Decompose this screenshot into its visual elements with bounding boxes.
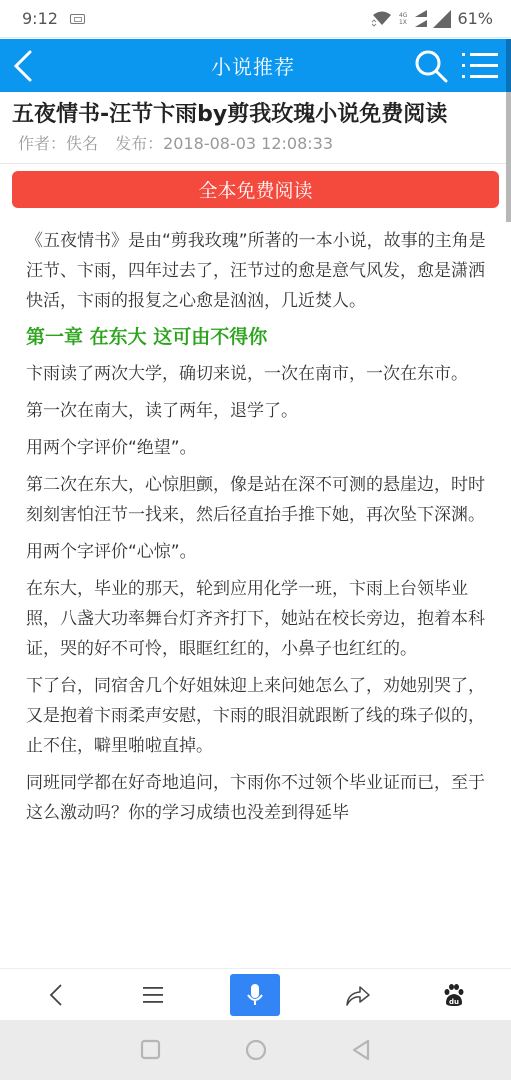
paragraph: 下了台，同宿舍几个好姐妹迎上来问她怎么了，劝她别哭了，又是抱着卞雨柔声安慰，卞雨… — [26, 671, 488, 761]
share-button[interactable] — [338, 969, 378, 1021]
browser-menu-button[interactable] — [133, 969, 173, 1021]
back-icon — [10, 49, 40, 83]
author: 作者：佚名 — [18, 134, 98, 153]
paragraph: 用两个字评价“心惊”。 — [26, 537, 488, 567]
browser-toolbar: du — [0, 968, 511, 1020]
battery-level: 61% — [457, 9, 493, 28]
menu-button[interactable] — [460, 50, 500, 82]
search-icon — [413, 48, 449, 84]
paragraph: 第一次在南大，读了两年，退学了。 — [26, 396, 488, 426]
paragraph: 同班同学都在好奇地追问，卞雨你不过领个毕业证而已，至于这么激动吗？你的学习成绩也… — [26, 768, 488, 828]
header-title: 小说推荐 — [211, 51, 295, 80]
system-back-button[interactable] — [350, 1038, 374, 1062]
app-header: 小说推荐 — [0, 39, 506, 92]
back-icon — [48, 984, 64, 1006]
system-nav-bar — [0, 1020, 511, 1080]
voicemail-icon — [70, 14, 85, 24]
svg-text:du: du — [449, 998, 459, 1006]
article-meta: 作者：佚名 发布：2018-08-03 12:08:33 — [18, 131, 345, 154]
signal-icon-sim1 — [413, 10, 427, 28]
scrollbar-thumb[interactable] — [506, 39, 511, 92]
clock: 9:12 — [22, 9, 58, 28]
intro-paragraph: 《五夜情书》是由“剪我玫瑰”所著的一本小说，故事的主角是汪节、卞雨，四年过去了，… — [26, 226, 488, 316]
paragraph: 用两个字评价“绝望”。 — [26, 433, 488, 463]
paragraph: 在东大，毕业的那天，轮到应用化学一班，卞雨上台领毕业照，八盏大功率舞台灯齐齐打下… — [26, 574, 488, 664]
free-read-button[interactable]: 全本免费阅读 — [12, 171, 499, 208]
menu-list-icon — [460, 50, 500, 82]
paragraph: 第二次在东大，心惊胆颤，像是站在深不可测的悬崖边，时时刻刻害怕汪节一找来，然后径… — [26, 470, 488, 530]
network-type: 4G 1X — [399, 12, 407, 26]
recent-apps-icon — [139, 1038, 163, 1062]
baidu-paw-icon: du — [442, 983, 466, 1007]
recent-apps-button[interactable] — [139, 1038, 163, 1062]
voice-search-button[interactable] — [230, 974, 280, 1016]
paragraph: 卞雨读了两次大学，确切来说，一次在南市，一次在东市。 — [26, 359, 488, 389]
baidu-button[interactable]: du — [434, 969, 474, 1021]
search-button[interactable] — [413, 48, 449, 84]
status-bar: 9:12 4G 1X 61% — [0, 0, 511, 38]
status-left: 9:12 — [22, 9, 85, 28]
article-title: 五夜情书-汪节卞雨by剪我玫瑰小说免费阅读 — [12, 97, 447, 128]
back-button[interactable] — [10, 49, 40, 83]
wifi-icon — [371, 11, 393, 27]
microphone-icon — [245, 982, 265, 1008]
share-icon — [345, 984, 371, 1006]
home-button[interactable] — [244, 1038, 268, 1062]
back-triangle-icon — [350, 1038, 374, 1062]
article-content: 《五夜情书》是由“剪我玫瑰”所著的一本小说，故事的主角是汪节、卞雨，四年过去了，… — [26, 226, 488, 835]
home-icon — [244, 1038, 268, 1062]
status-right: 4G 1X 61% — [371, 9, 493, 28]
menu-icon — [142, 985, 164, 1005]
browser-back-button[interactable] — [36, 969, 76, 1021]
divider — [0, 163, 506, 164]
publish-date: 发布：2018-08-03 12:08:33 — [115, 134, 333, 153]
signal-icon-sim2 — [433, 10, 451, 28]
chapter-title: 第一章 在东大 这可由不得你 — [26, 323, 488, 351]
